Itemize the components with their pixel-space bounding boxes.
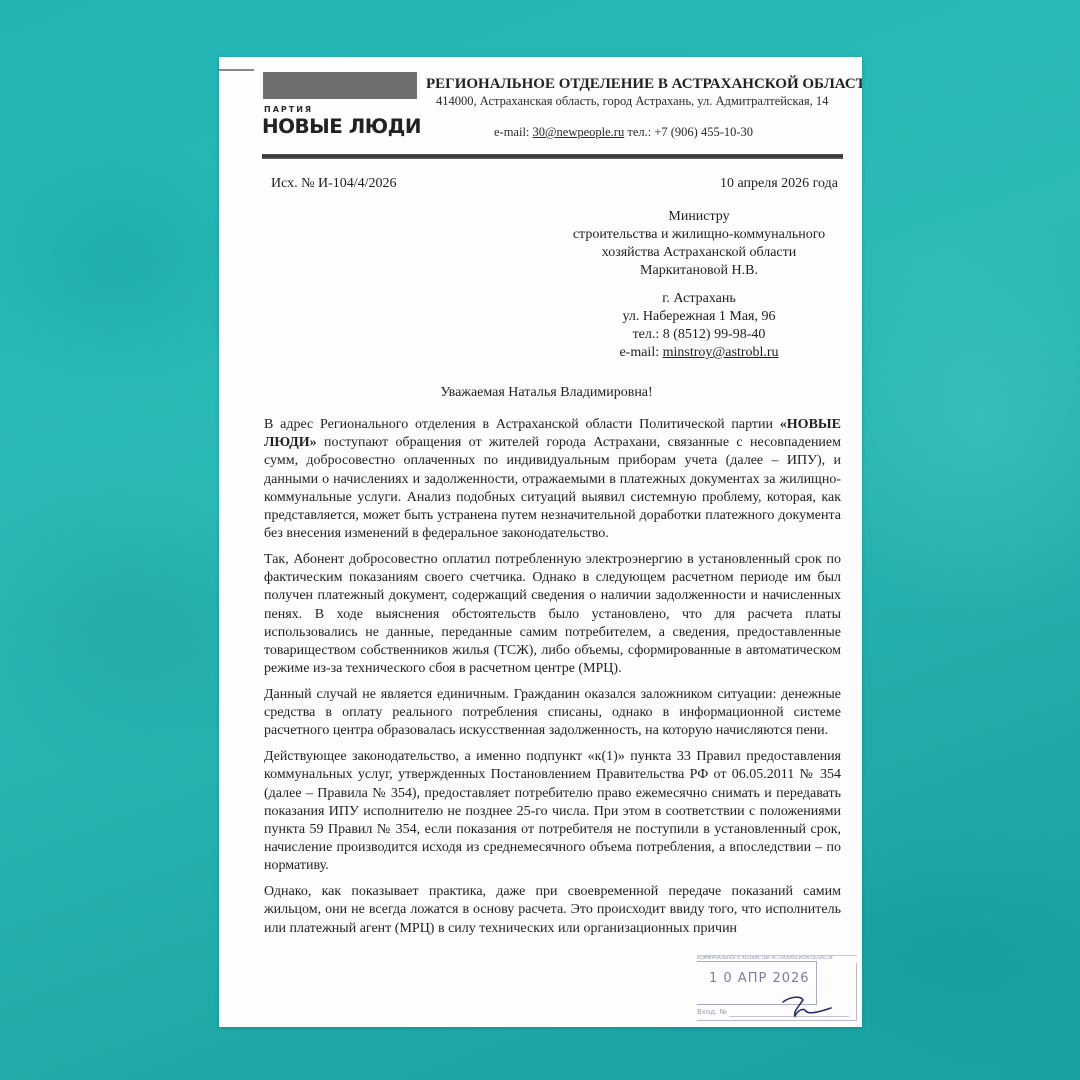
addressee-line: хозяйства Астраханской области	[549, 244, 849, 262]
paragraph-4: Действующее законодательство, а именно п…	[264, 748, 841, 875]
outgoing-number: Исх. № И-104/4/2026	[271, 176, 397, 192]
email-label: e-mail:	[494, 125, 529, 139]
email-label: e-mail:	[619, 345, 659, 360]
signature-icon	[779, 992, 839, 1022]
paragraph-2: Так, Абонент добросовестно оплатил потре…	[264, 551, 841, 678]
addressee-phone: тел.: 8 (8512) 99-98-40	[549, 326, 849, 344]
addressee-email-link[interactable]: minstroy@astrobl.ru	[663, 345, 779, 360]
logo-party-name: НОВЫЕ ЛЮДИ	[262, 115, 421, 138]
stamp-incoming-label: Вход. №	[697, 1008, 727, 1016]
org-title: РЕГИОНАЛЬНОЕ ОТДЕЛЕНИЕ В АСТРАХАНСКОЙ ОБ…	[426, 76, 846, 93]
org-email-link[interactable]: 30@newpeople.ru	[533, 125, 625, 139]
letter-date: 10 апреля 2026 года	[720, 176, 838, 192]
addressee-city: г. Астрахань	[549, 290, 849, 308]
org-phone: +7 (906) 455-10-30	[654, 125, 753, 139]
paragraph-1: В адрес Регионального отделения в Астрах…	[264, 416, 841, 543]
letter-body: В адрес Регионального отделения в Астрах…	[264, 416, 841, 945]
header-divider	[262, 154, 843, 159]
logo-redacted-bar	[263, 72, 417, 99]
paragraph-text: В адрес Регионального отделения в Астрах…	[264, 417, 780, 432]
corner-mark	[219, 69, 254, 71]
logo-party-label: ПАРТИЯ	[264, 105, 313, 114]
stamp-date: 1 0 АПР 2026	[709, 971, 810, 986]
paragraph-5: Однако, как показывает практика, даже пр…	[264, 883, 841, 938]
addressee-line: Маркитановой Н.В.	[549, 262, 849, 280]
addressee-line: Министру	[549, 208, 849, 226]
phone-label: тел.:	[627, 125, 651, 139]
paragraph-text: поступают обращения от жителей города Ас…	[264, 435, 841, 541]
addressee-email-row: e-mail: minstroy@astrobl.ru	[549, 344, 849, 362]
addressee-address: г. Астрахань ул. Набережная 1 Мая, 96 те…	[549, 290, 849, 362]
paragraph-3: Данный случай не является единичным. Гра…	[264, 686, 841, 741]
greeting: Уважаемая Наталья Владимировна!	[219, 385, 862, 401]
org-contacts: e-mail: 30@newpeople.ru тел.: +7 (906) 4…	[494, 125, 753, 140]
addressee-street: ул. Набережная 1 Мая, 96	[549, 308, 849, 326]
addressee-line: строительства и жилищно-коммунального	[549, 226, 849, 244]
org-address: 414000, Астраханская область, город Астр…	[436, 94, 828, 109]
letter-page: ПАРТИЯ НОВЫЕ ЛЮДИ РЕГИОНАЛЬНОЕ ОТДЕЛЕНИЕ…	[219, 57, 862, 1027]
addressee-block: Министру строительства и жилищно-коммуна…	[549, 208, 849, 280]
